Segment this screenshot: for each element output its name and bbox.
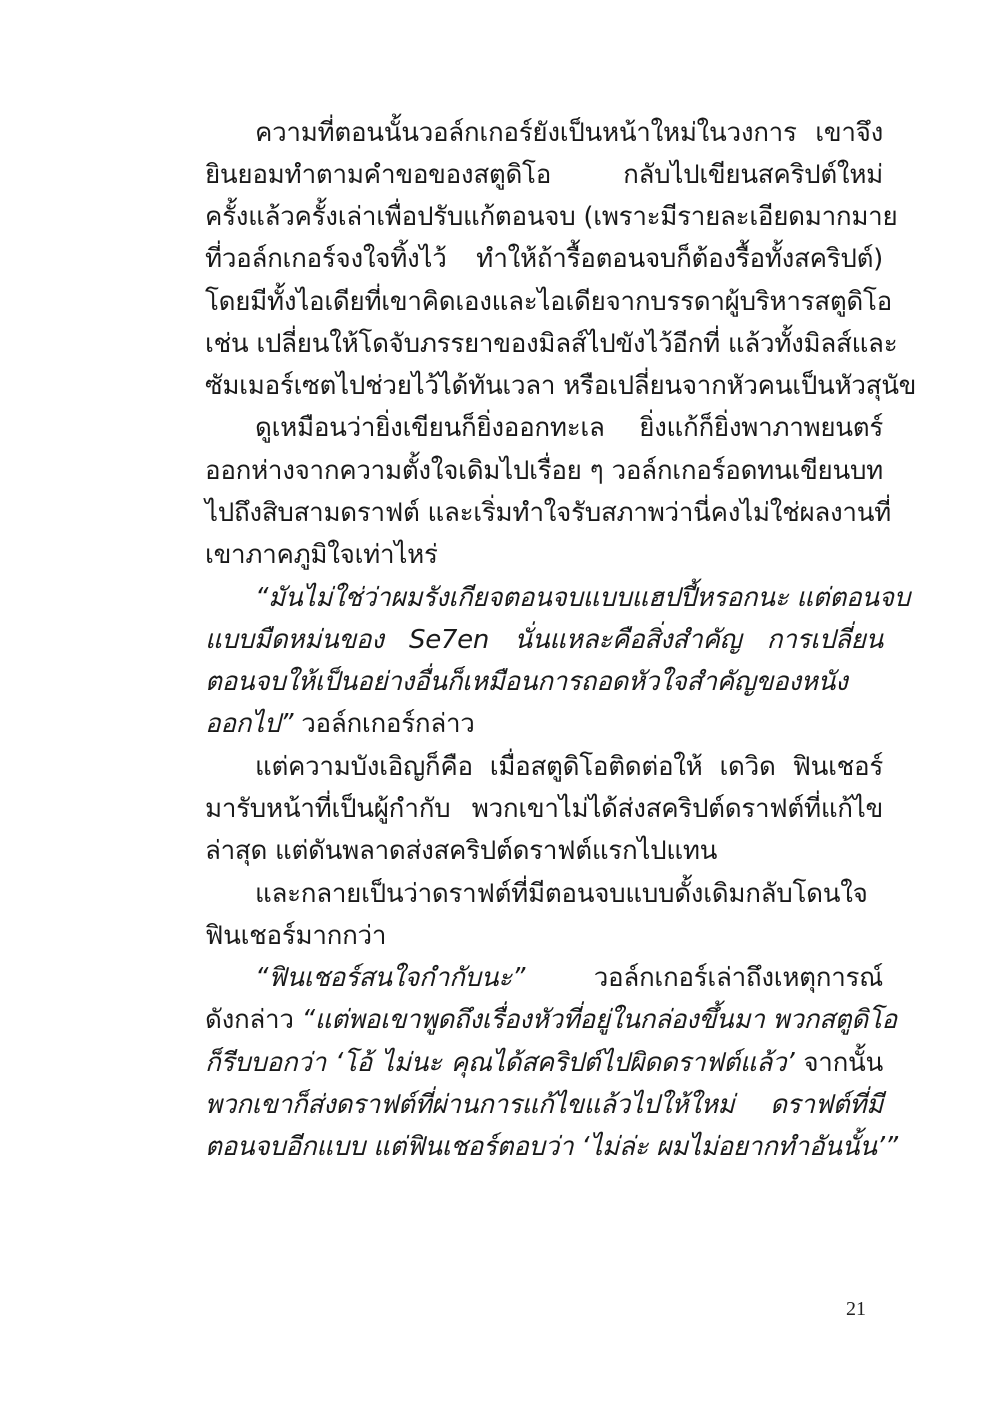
quote-1-line-3: ตอนจบให้เป็นอย่างอื่นก็เหมือนการถอดหัวใจ… <box>205 662 883 703</box>
quote-2-narration: วอล์กเกอร์เล่าถึงเหตุการณ์ <box>525 963 883 993</box>
quote-2-line-2: ดังกล่าว “แต่พอเขาพูดถึงเรื่องหัวที่อยู่… <box>205 1000 883 1041</box>
paragraph-1-line-6: เช่น เปลี่ยนให้โดจับภรรยาของมิลส์ไปขังไว… <box>205 324 883 365</box>
quote-1-ending: ออกไป” <box>205 709 293 739</box>
paragraph-5-line-2: ฟินเชอร์มากกว่า <box>205 916 883 957</box>
paragraph-4-line-2: มารับหน้าที่เป็นผู้กำกับ พวกเขาไม่ได้ส่ง… <box>205 789 883 830</box>
quote-2-narration-3: จากนั้น <box>794 1048 883 1078</box>
quote-2-line-1: “ฟินเชอร์สนใจกำกับนะ” วอล์กเกอร์เล่าถึงเ… <box>255 958 883 999</box>
paragraph-2-line-2: ออกห่างจากความตั้งใจเดิมไปเรื่อย ๆ วอล์ก… <box>205 451 883 492</box>
paragraph-1-line-5: โดยมีทั้งไอเดียที่เขาคิดเองและไอเดียจากบ… <box>205 282 883 323</box>
quote-2-body-2: ก็รีบบอกว่า ‘โอ้ ไม่นะ คุณได้สคริปต์ไปผิ… <box>205 1048 794 1078</box>
quote-1-line-4: ออกไป” วอล์กเกอร์กล่าว <box>205 704 883 745</box>
paragraph-1-line-7: ซัมเมอร์เซตไปช่วยไว้ได้ทันเวลา หรือเปลี่… <box>205 366 883 407</box>
document-page: ความที่ตอนนั้นวอล์กเกอร์ยังเป็นหน้าใหม่ใ… <box>0 0 992 1407</box>
paragraph-4-line-1: แต่ความบังเอิญก็คือ เมื่อสตูดิโอติดต่อให… <box>255 747 883 788</box>
quote-2-opening: “ฟินเชอร์สนใจกำกับนะ” <box>255 963 525 993</box>
quote-2-narration-2: ดังกล่าว <box>205 1005 302 1035</box>
page-number: 21 <box>846 1298 866 1321</box>
quote-2-body-1: “แต่พอเขาพูดถึงเรื่องหัวที่อยู่ในกล่องขึ… <box>302 1005 897 1035</box>
paragraph-1-line-1: ความที่ตอนนั้นวอล์กเกอร์ยังเป็นหน้าใหม่ใ… <box>255 113 883 154</box>
quote-1-line-1: “มันไม่ใช่ว่าผมรังเกียจตอนจบแบบแฮปปี้หรอ… <box>255 578 883 619</box>
quote-1-attribution: วอล์กเกอร์กล่าว <box>293 709 474 739</box>
paragraph-1-line-4: ที่วอล์กเกอร์จงใจทิ้งไว้ ทำให้ถ้ารื้อตอน… <box>205 239 883 280</box>
paragraph-1-line-3: ครั้งแล้วครั้งเล่าเพื่อปรับแก้ตอนจบ (เพร… <box>205 197 883 238</box>
quote-2-line-5: ตอนจบอีกแบบ แต่ฟินเชอร์ตอบว่า ‘ไม่ล่ะ ผม… <box>205 1127 883 1168</box>
quote-2-line-3: ก็รีบบอกว่า ‘โอ้ ไม่นะ คุณได้สคริปต์ไปผิ… <box>205 1043 883 1084</box>
quote-2-line-4: พวกเขาก็ส่งดราฟต์ที่ผ่านการแก้ไขแล้วไปให… <box>205 1085 883 1126</box>
paragraph-1-line-2: ยินยอมทำตามคำขอของสตูดิโอ กลับไปเขียนสคร… <box>205 155 883 196</box>
quote-1-line-2: แบบมืดหม่นของ Se7en นั่นแหละคือสิ่งสำคัญ… <box>205 620 883 661</box>
paragraph-2-line-4: เขาภาคภูมิใจเท่าไหร่ <box>205 535 883 576</box>
paragraph-5-line-1: และกลายเป็นว่าดราฟต์ที่มีตอนจบแบบดั้งเดิ… <box>255 874 883 915</box>
paragraph-4-line-3: ล่าสุด แต่ดันพลาดส่งสคริปต์ดราฟต์แรกไปแท… <box>205 831 883 872</box>
paragraph-2-line-1: ดูเหมือนว่ายิ่งเขียนก็ยิ่งออกทะเล ยิ่งแก… <box>255 408 883 449</box>
paragraph-2-line-3: ไปถึงสิบสามดราฟต์ และเริ่มทำใจรับสภาพว่า… <box>205 493 883 534</box>
